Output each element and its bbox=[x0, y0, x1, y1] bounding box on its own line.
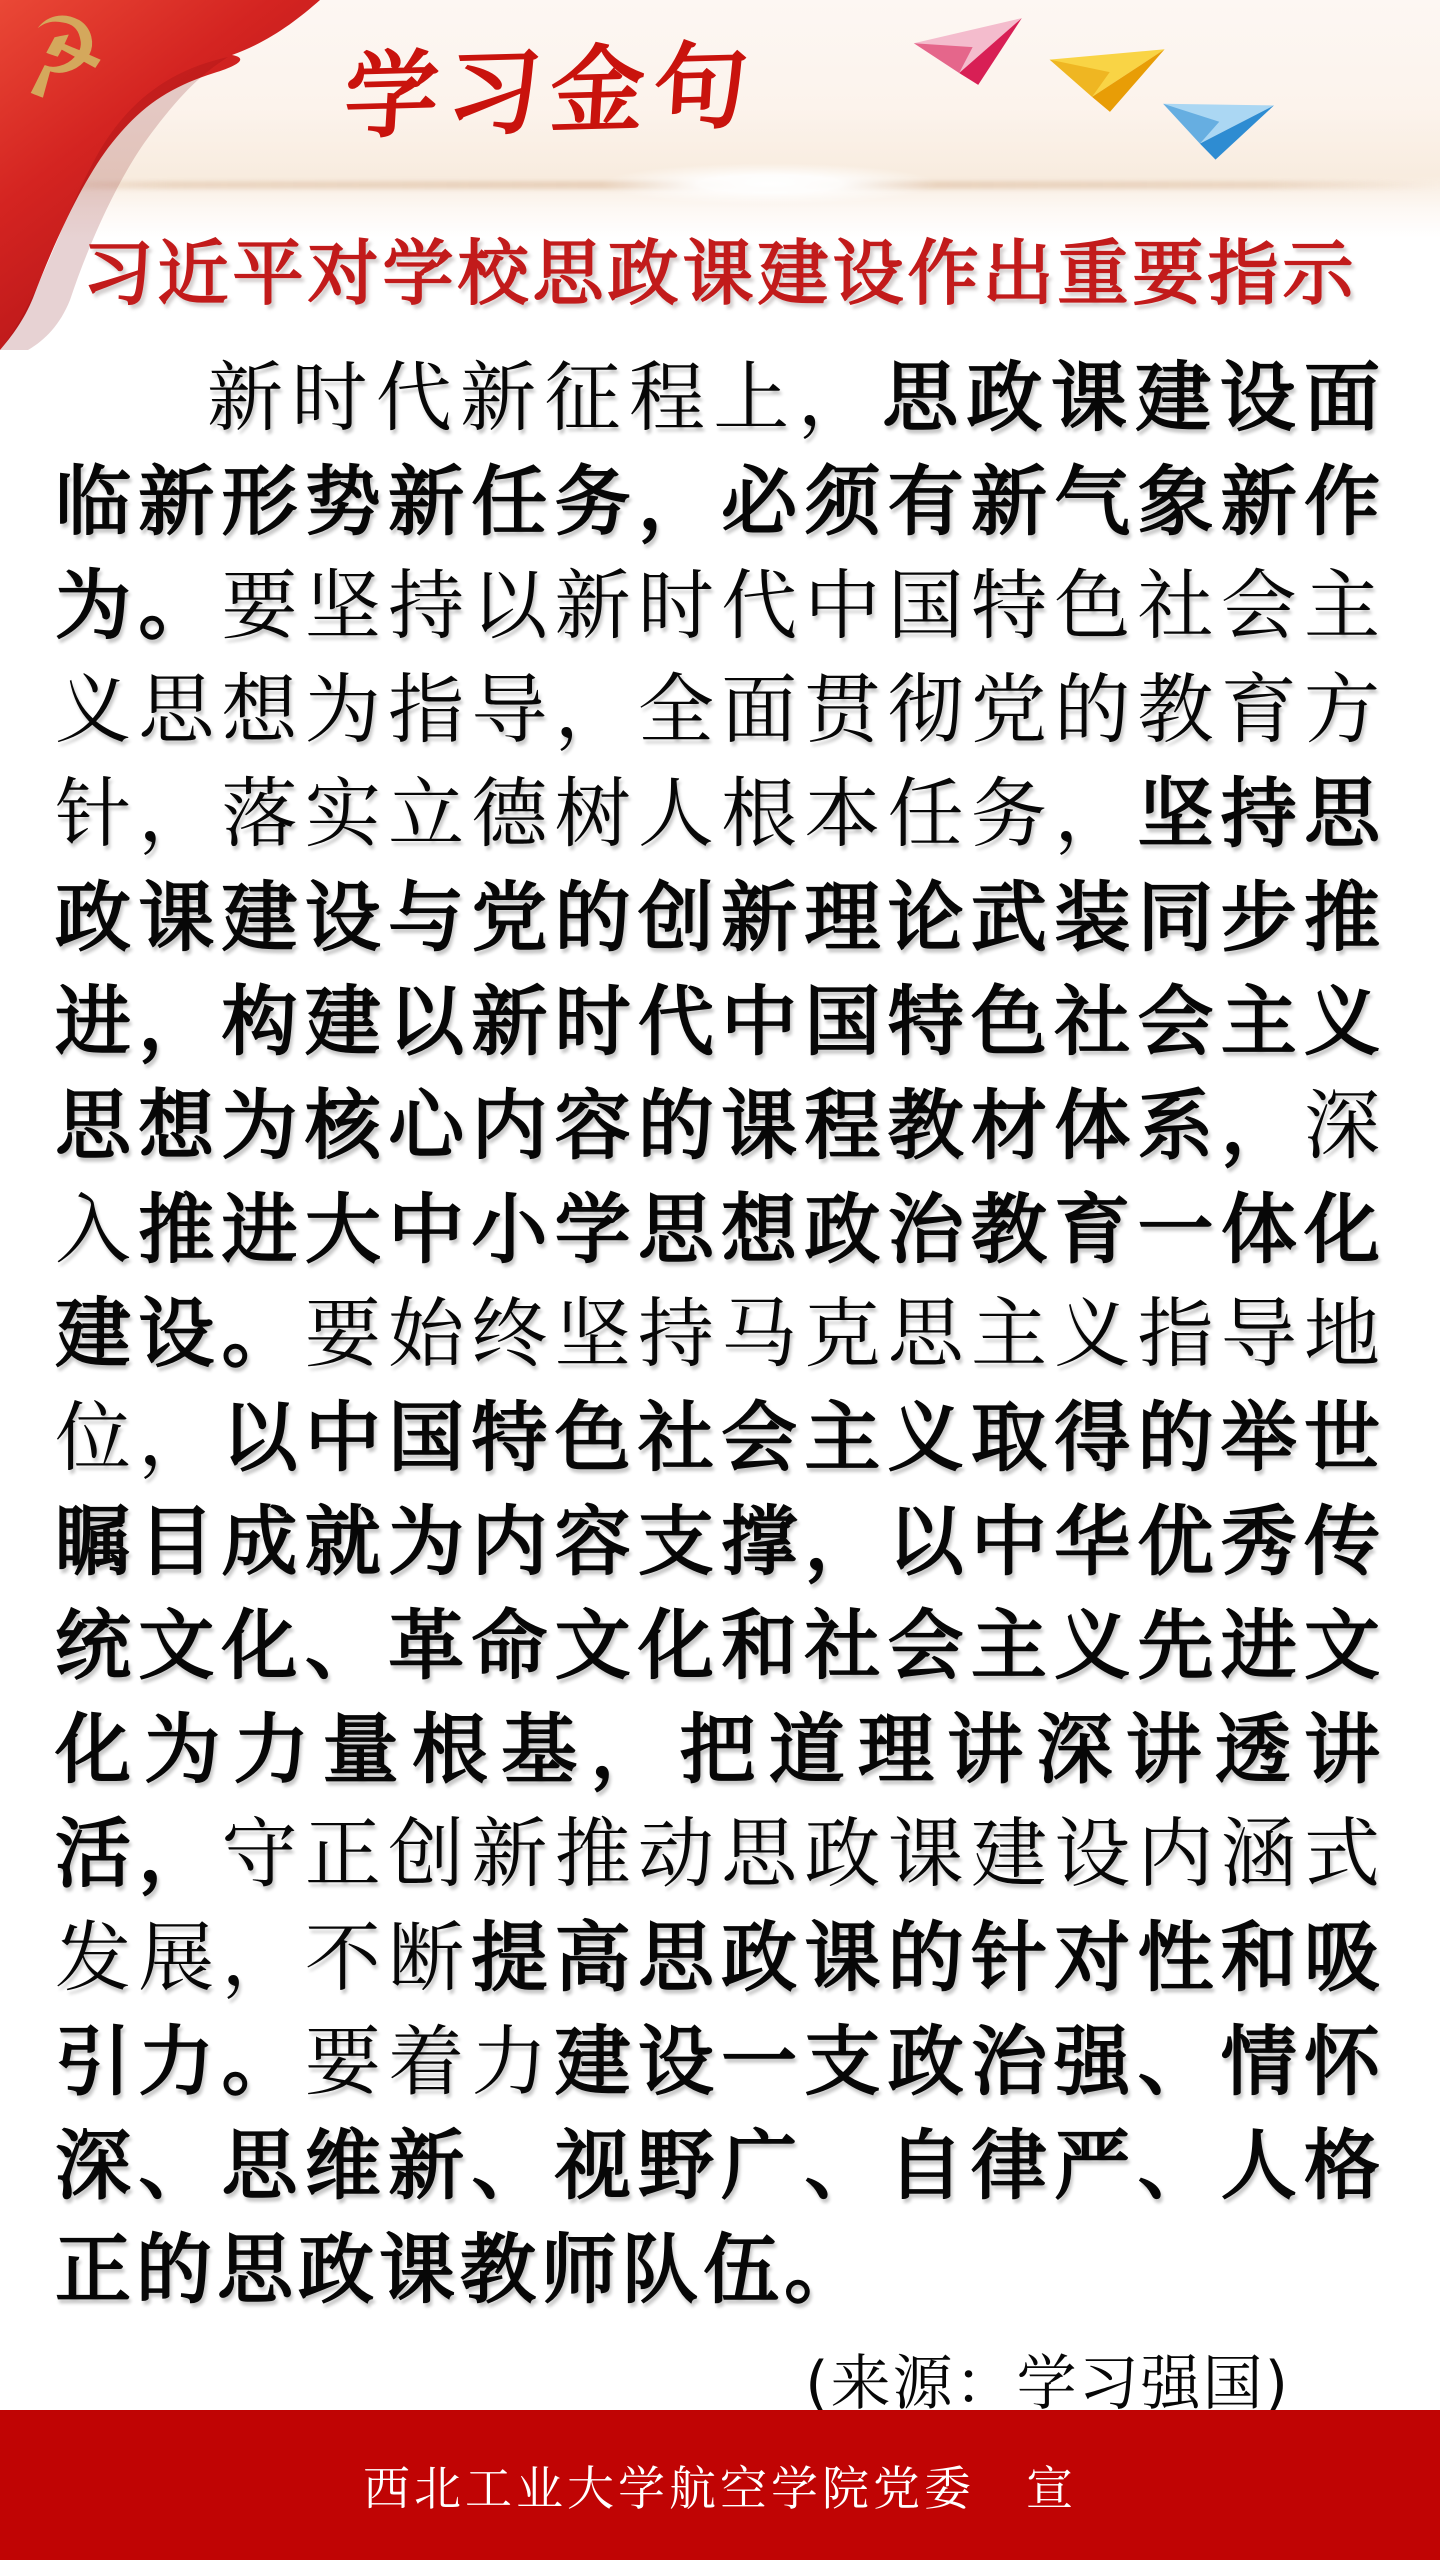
body-segment: 新时代新征程上， bbox=[207, 353, 882, 442]
body-paragraph: 新时代新征程上，思政课建设面临新形势新任务，必须有新气象新作为。要坚持以新时代中… bbox=[55, 346, 1385, 2322]
poster-page: ☭ 学习金句 习近平对学校思政课建设作出重要指示 新时代新征程上，思政课建设面临… bbox=[0, 0, 1440, 2560]
footer-credit: 西北工业大学航空学院党委 宣 bbox=[363, 2452, 1077, 2519]
main-title: 习近平对学校思政课建设作出重要指示 bbox=[0, 0, 1440, 316]
source-credit: (来源：学习强国) bbox=[0, 2336, 1440, 2422]
body-segment: 要着力 bbox=[305, 2017, 555, 2106]
footer-bar: 西北工业大学航空学院党委 宣 bbox=[0, 2410, 1440, 2560]
